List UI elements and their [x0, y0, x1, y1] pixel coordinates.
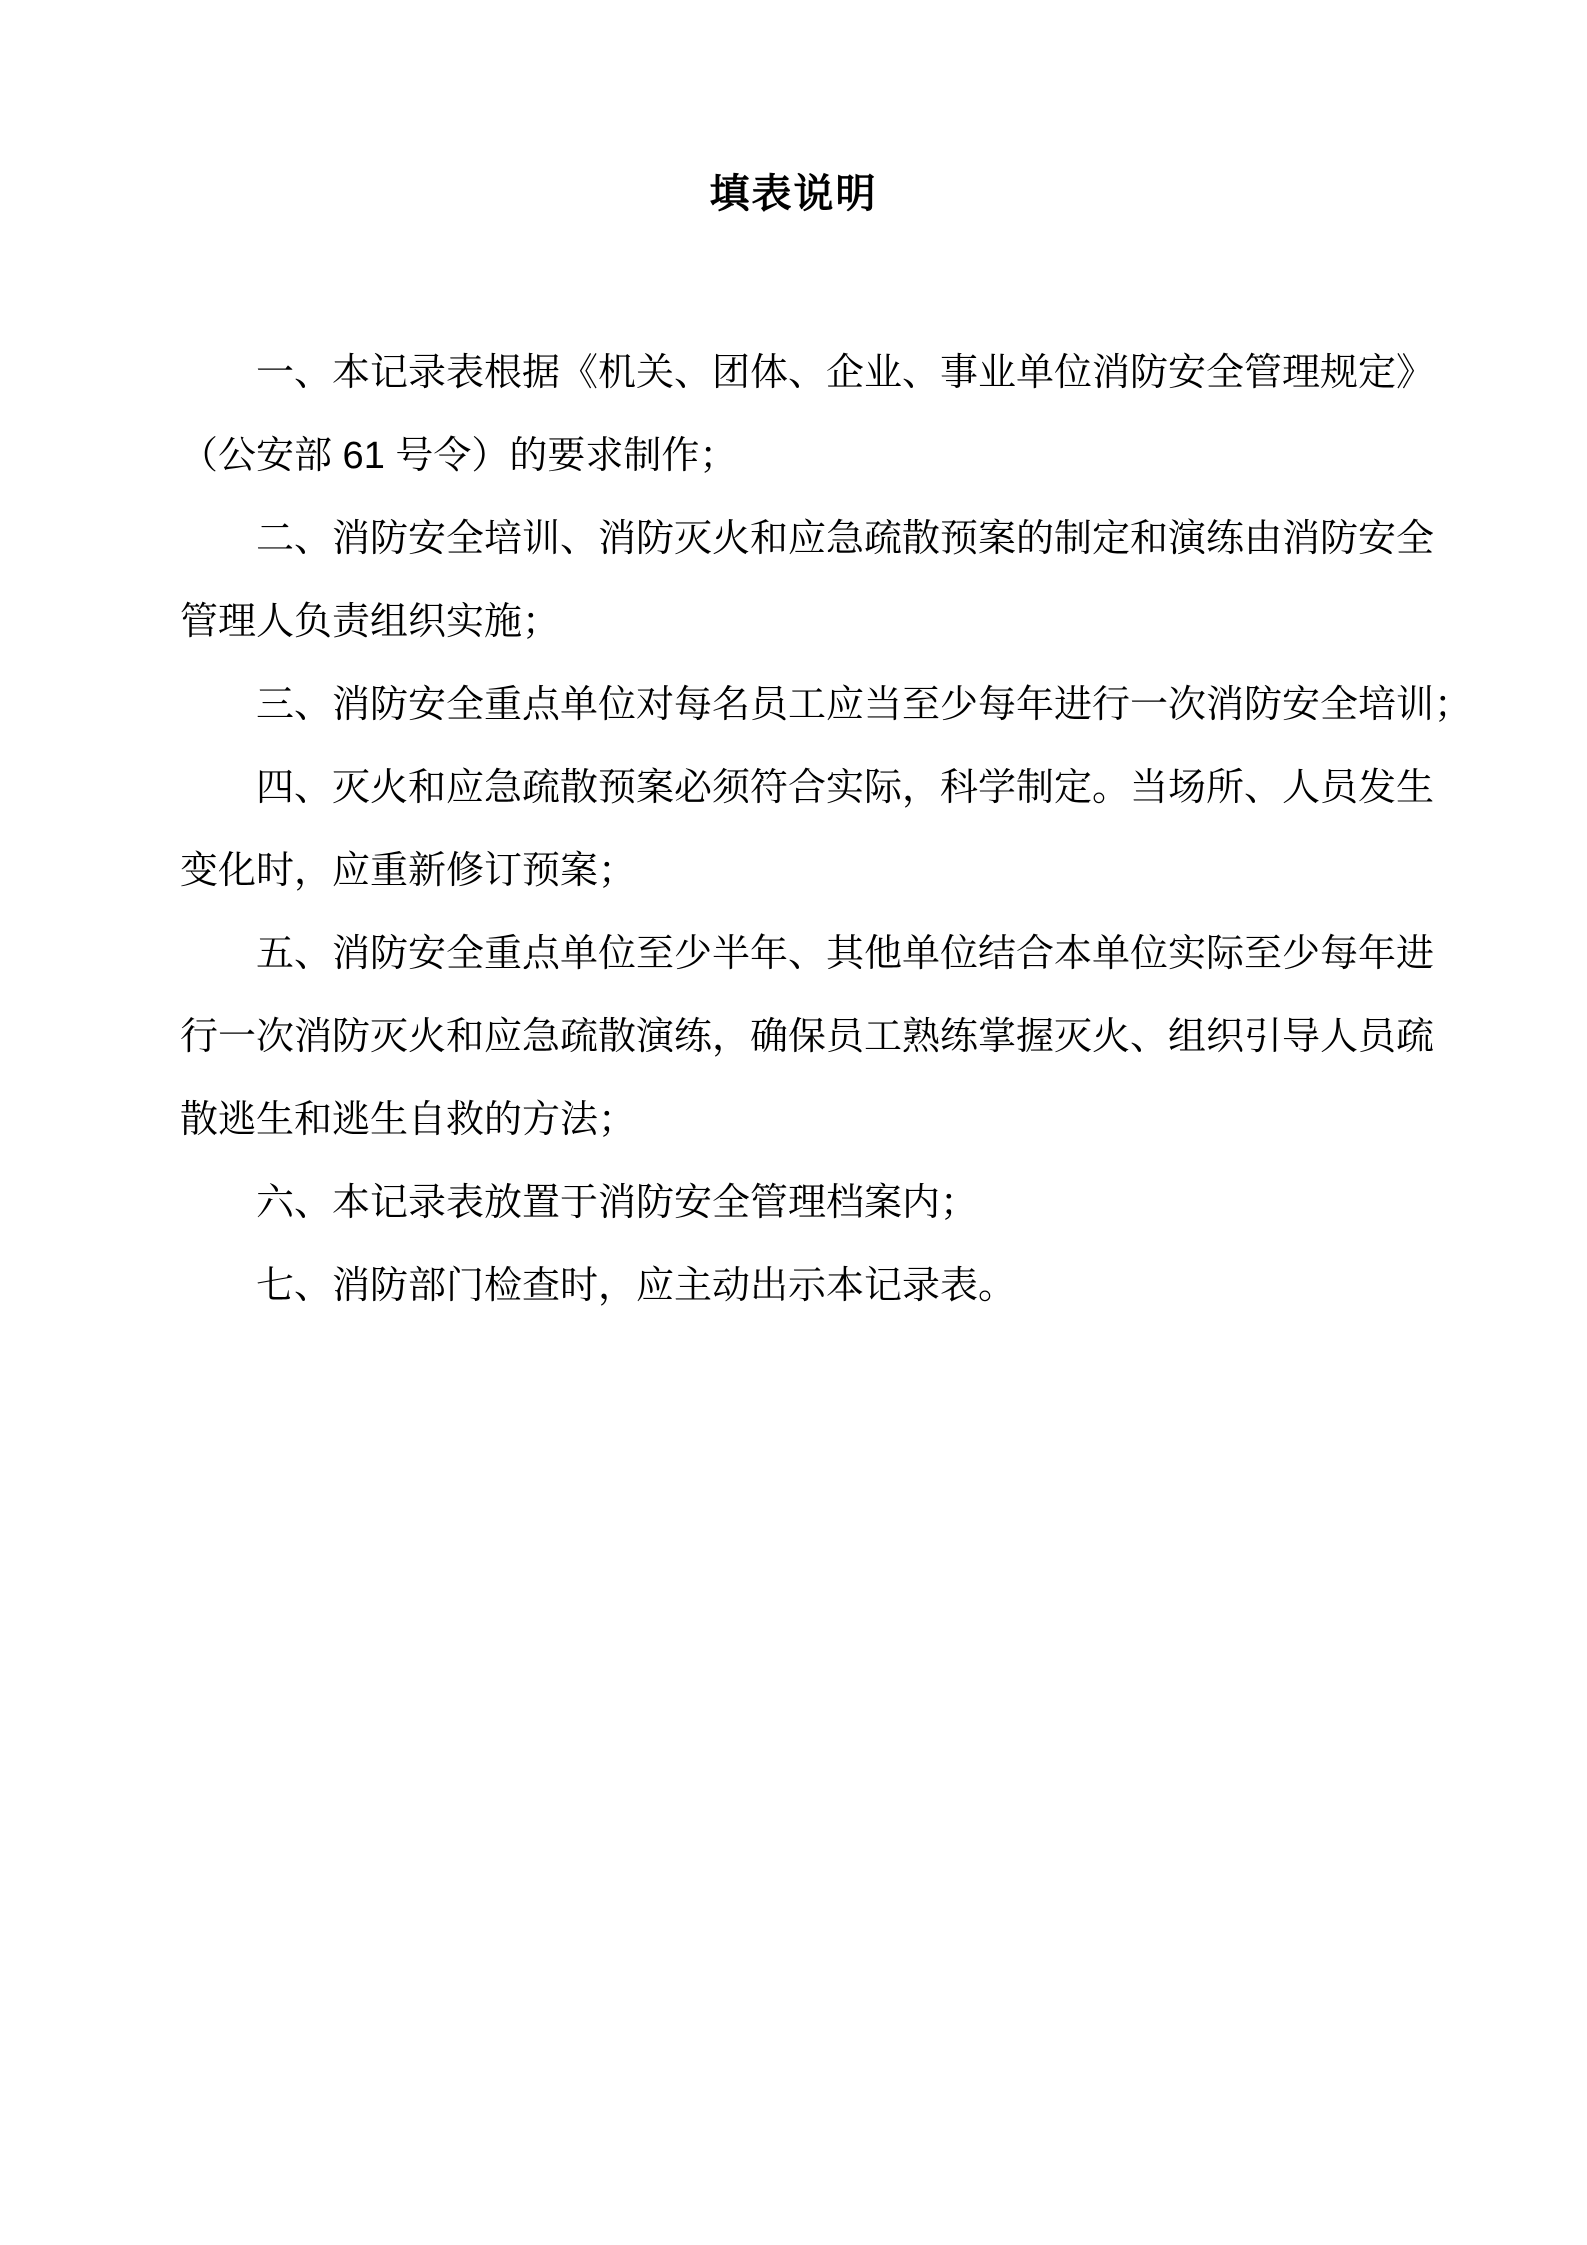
item-2-line-2: 管理人负责组织实施；: [180, 581, 1477, 664]
item-2-line-1: 二、消防安全培训、消防灭火和应急疏散预案的制定和演练由消防安全: [180, 498, 1477, 581]
document-body: 一、本记录表根据《机关、团体、企业、事业单位消防安全管理规定》 （公安部 61 …: [180, 332, 1477, 1328]
item-1-line-2: （公安部 61 号令）的要求制作；: [180, 415, 1477, 498]
item-1-line-1: 一、本记录表根据《机关、团体、企业、事业单位消防安全管理规定》: [180, 332, 1477, 415]
item-5-line-3: 散逃生和逃生自救的方法；: [180, 1079, 1477, 1162]
item-7-line-1: 七、消防部门检查时，应主动出示本记录表。: [180, 1245, 1477, 1328]
item-6-line-1: 六、本记录表放置于消防安全管理档案内；: [180, 1162, 1477, 1245]
item-3-line-1: 三、消防安全重点单位对每名员工应当至少每年进行一次消防安全培训；: [180, 664, 1477, 747]
item-4-line-2: 变化时，应重新修订预案；: [180, 830, 1477, 913]
document-page: 填表说明 一、本记录表根据《机关、团体、企业、事业单位消防安全管理规定》 （公安…: [0, 0, 1587, 2245]
document-title: 填表说明: [0, 0, 1587, 222]
item-4-line-1: 四、灭火和应急疏散预案必须符合实际，科学制定。当场所、人员发生: [180, 747, 1477, 830]
item-5-line-2: 行一次消防灭火和应急疏散演练，确保员工熟练掌握灭火、组织引导人员疏: [180, 996, 1477, 1079]
item-5-line-1: 五、消防安全重点单位至少半年、其他单位结合本单位实际至少每年进: [180, 913, 1477, 996]
